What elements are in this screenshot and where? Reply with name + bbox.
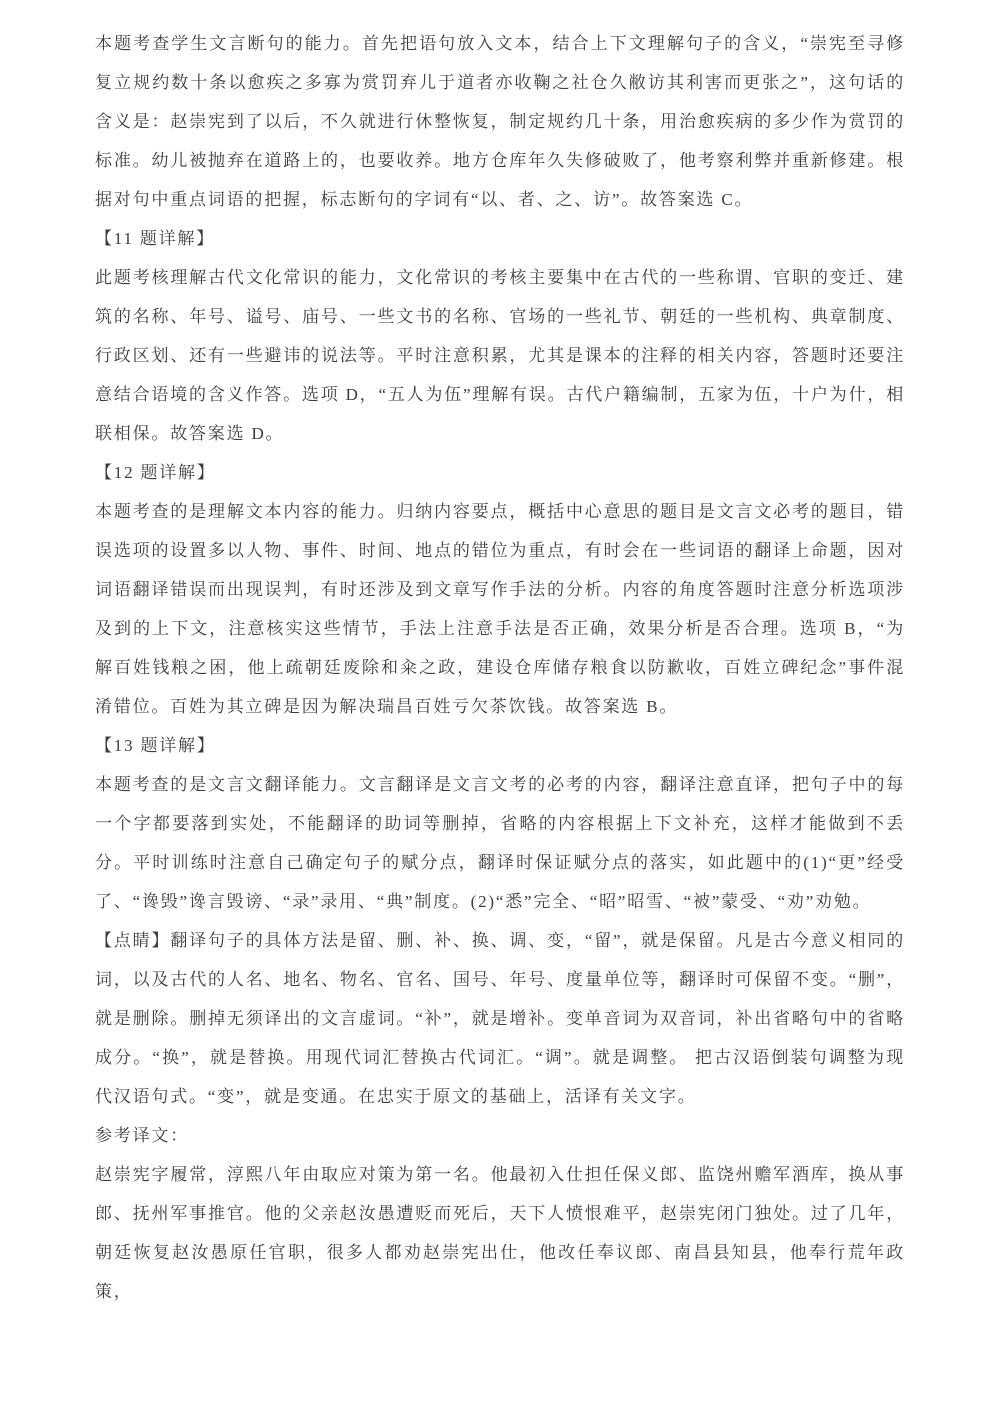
- q12-analysis: 本题考查的是理解文本内容的能力。归纳内容要点，概括中心意思的题目是文言文必考的题…: [95, 492, 905, 726]
- q12-heading: 【12 题详解】: [95, 453, 905, 492]
- q11-analysis: 此题考核理解古代文化常识的能力，文化常识的考核主要集中在古代的一些称谓、官职的变…: [95, 258, 905, 453]
- dianjing-tip: 【点睛】翻译句子的具体方法是留、删、补、换、调、变，“留”，就是保留。凡是古今意…: [95, 921, 905, 1116]
- q10-sentence-breaking-analysis: 本题考查学生文言断句的能力。首先把语句放入文本，结合上下文理解句子的含义，“崇宪…: [95, 24, 905, 219]
- reference-translation-label: 参考译文：: [95, 1116, 905, 1155]
- q13-analysis: 本题考查的是文言文翻译能力。文言翻译是文言文考的必考的内容，翻译注意直译，把句子…: [95, 765, 905, 921]
- q11-heading: 【11 题详解】: [95, 219, 905, 258]
- q13-heading: 【13 题详解】: [95, 726, 905, 765]
- document-page: 本题考查学生文言断句的能力。首先把语句放入文本，结合上下文理解句子的含义，“崇宪…: [0, 0, 992, 1403]
- reference-translation-body: 赵崇宪字履常，淳熙八年由取应对策为第一名。他最初入仕担任保义郎、监饶州赡军酒库，…: [95, 1155, 905, 1311]
